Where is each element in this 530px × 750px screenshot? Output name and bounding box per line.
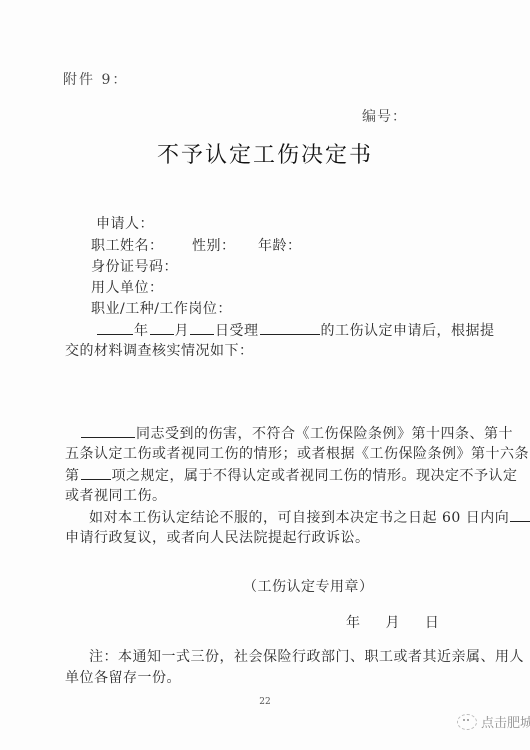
date-year: 年 (346, 615, 361, 631)
decision-line1: 同志受到的伤害，不符合《工伤保险条例》第十四条、第十 (80, 423, 513, 444)
comrade-name-blank[interactable] (81, 423, 135, 438)
appeal-line2: 申请行政复议，或者向人民法院提起行政诉讼。 (65, 528, 370, 548)
month-blank[interactable] (150, 320, 174, 335)
appeal-line1-text: 如对本工伤认定结论不服的，可自接到本决定书之日起 60 日内向 (89, 510, 509, 526)
age-label: 年龄： (258, 236, 302, 256)
wechat-account-icon (457, 714, 477, 730)
year-text: 年 (134, 323, 149, 339)
day-blank[interactable] (190, 320, 214, 335)
decision-line4: 或者视同工伤。 (65, 486, 167, 506)
id-number-label: 身份证号码： (91, 257, 178, 277)
applicant-blank[interactable] (260, 320, 320, 335)
watermark: 点击肥城 (457, 712, 530, 731)
document-page: 附件 9： 编号： 不予认定工伤决定书 申请人： 职工姓名： 性别： 年龄： 身… (0, 0, 530, 750)
accept-paragraph-line1: 年月日受理的工伤认定申请后，根据提 (96, 320, 495, 341)
worker-name-label: 职工姓名： (91, 238, 164, 254)
employer-label: 用人单位： (91, 278, 164, 298)
document-title: 不予认定工伤决定书 (0, 138, 530, 169)
note-line1: 注：本通知一式三份，社会保险行政部门、职工或者其近亲属、用人 (89, 647, 524, 667)
date-month: 月 (385, 615, 400, 631)
note-line2: 单位各留存一份。 (65, 668, 181, 688)
occupation-label: 职业/工种/工作岗位： (91, 299, 232, 319)
date-day: 日 (425, 615, 440, 631)
after-applicant-text: 的工伤认定申请后，根据提 (321, 323, 495, 339)
attachment-label: 附件 9： (63, 69, 128, 89)
decision-line3-prefix: 第 (65, 468, 80, 484)
watermark-text: 点击肥城 (481, 712, 530, 731)
appeal-line1: 如对本工伤认定结论不服的，可自接到本决定书之日起 60 日内向 (89, 507, 530, 528)
worker-info-row: 职工姓名： 性别： 年龄： (91, 236, 391, 256)
official-seal-label: （工伤认定专用章） (243, 577, 374, 597)
item-number-blank[interactable] (81, 465, 111, 480)
decision-line3: 第项之规定，属于不得认定或者视同工伤的情形。现决定不予认定 (65, 465, 518, 486)
day-accept-text: 日受理 (215, 323, 259, 339)
serial-number-label: 编号： (362, 106, 407, 126)
applicant-label: 申请人： (96, 214, 154, 234)
decision-line3-text: 项之规定，属于不得认定或者视同工伤的情形。现决定不予认定 (112, 468, 518, 484)
gender-label: 性别： (192, 236, 236, 256)
year-blank[interactable] (97, 320, 133, 335)
decision-line1-text: 同志受到的伤害，不符合《工伤保险条例》第十四条、第十 (136, 426, 513, 442)
accept-paragraph-line2: 交的材料调查核实情况如下： (65, 341, 254, 361)
decision-line2: 五条认定工伤或者视同工伤的情形；或者根据《工伤保险条例》第十六条 (65, 444, 529, 464)
page-number: 22 (0, 697, 530, 707)
review-authority-blank[interactable] (510, 507, 530, 522)
signature-date: 年 月 日 (346, 613, 439, 633)
month-text: 月 (175, 323, 190, 339)
